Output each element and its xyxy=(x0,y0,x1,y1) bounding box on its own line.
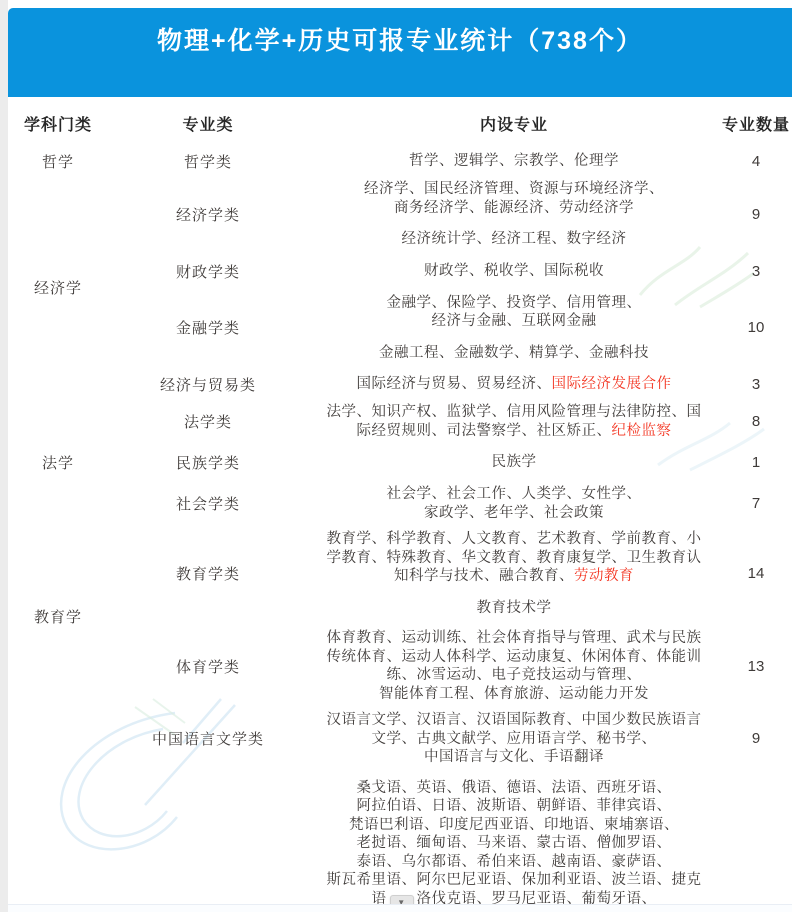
major-class-row: 经济与贸易类国际经济与贸易、贸易经济、国际经济发展合作3 xyxy=(108,370,792,399)
major-class-label: 经济与贸易类 xyxy=(108,374,308,395)
majors-list: 社会学、社会工作、人类学、女性学、家政学、老年学、社会政策 xyxy=(308,485,720,522)
major-class-label: 经济学类 xyxy=(108,180,308,249)
majors-line: 体育教育、运动训练、社会体育指导与管理、武术与民族 xyxy=(308,629,720,648)
table-body: 哲学哲学类哲学、逻辑学、宗教学、伦理学4经济学经济学类经济学、国民经济管理、资源… xyxy=(8,147,792,912)
subject-category-label: 哲学 xyxy=(8,147,108,176)
majors-line: 学教育、特殊教育、华文教育、教育康复学、卫生教育认 xyxy=(308,549,720,568)
major-count: 3 xyxy=(720,261,792,282)
majors-line: 经济学、国民经济管理、资源与环境经济学、 xyxy=(308,180,720,199)
subject-category-label xyxy=(8,707,108,912)
major-names-text: 际经贸规则、司法警察学、社区矫正、 xyxy=(357,423,612,439)
majors-list: 桑戈语、英语、俄语、德语、法语、西班牙语、阿拉伯语、日语、波斯语、朝鲜语、菲律宾… xyxy=(308,779,720,909)
major-count: 14 xyxy=(720,530,792,617)
major-class-label: 教育学类 xyxy=(108,530,308,617)
subject-group: 教育学教育学类教育学、科学教育、人文教育、艺术教育、学前教育、小学教育、特殊教育… xyxy=(8,526,792,707)
majors-list: 法学、知识产权、监狱学、信用风险管理与法律防控、国际经贸规则、司法警察学、社区矫… xyxy=(308,403,720,440)
majors-list: 经济学、国民经济管理、资源与环境经济学、商务经济学、能源经济、劳动经济学经济统计… xyxy=(308,180,720,249)
major-names-text: 法学、知识产权、监狱学、信用风险管理与法律防控、国 xyxy=(327,404,702,420)
major-class-row: 经济学类经济学、国民经济管理、资源与环境经济学、商务经济学、能源经济、劳动经济学… xyxy=(108,176,792,253)
major-names-text: 老挝语、缅甸语、马来语、蒙古语、僧伽罗语、 xyxy=(357,835,672,851)
majors-line: 中国语言与文化、手语翻译 xyxy=(308,748,720,767)
page-title: 物理+化学+历史可报专业统计（738个） xyxy=(8,8,792,57)
major-names-text: 家政学、老年学、社会政策 xyxy=(424,505,604,521)
subject-group: 中国语言文学类汉语言文学、汉语言、汉语国际教育、中国少数民族语言文学、古典文献学… xyxy=(8,707,792,912)
majors-line: 商务经济学、能源经济、劳动经济学 xyxy=(308,199,720,218)
major-count xyxy=(720,779,792,909)
majors-line: 斯瓦希里语、阿尔巴尼亚语、保加利亚语、波兰语、捷克 xyxy=(308,871,720,890)
bottom-panel-edge xyxy=(8,904,792,912)
majors-line: 汉语言文学、汉语言、汉语国际教育、中国少数民族语言 xyxy=(308,711,720,730)
major-names-text: 社会学、社会工作、人类学、女性学、 xyxy=(387,486,642,502)
majors-list: 金融学、保险学、投资学、信用管理、经济与金融、互联网金融金融工程、金融数学、精算… xyxy=(308,294,720,363)
major-count: 1 xyxy=(720,452,792,473)
major-class-row: 哲学类哲学、逻辑学、宗教学、伦理学4 xyxy=(108,147,792,176)
major-names-text: 体育教育、运动训练、社会体育指导与管理、武术与民族 xyxy=(327,630,702,646)
majors-line: 经济统计学、经济工程、数字经济 xyxy=(308,230,720,249)
major-names-text: 商务经济学、能源经济、劳动经济学 xyxy=(394,200,634,216)
major-names-text: 知科学与技术、融合教育、 xyxy=(394,568,574,584)
major-class-label: 社会学类 xyxy=(108,485,308,522)
major-class-row: 中国语言文学类汉语言文学、汉语言、汉语国际教育、中国少数民族语言文学、古典文献学… xyxy=(108,707,792,771)
subject-category-label: 法学 xyxy=(8,399,108,526)
major-names-text: 泰语、乌尔都语、希伯来语、越南语、豪萨语、 xyxy=(357,854,672,870)
major-names-text: 文学、古典文献学、应用语言学、秘书学、 xyxy=(372,731,657,747)
major-names-text: 哲学、逻辑学、宗教学、伦理学 xyxy=(409,153,619,169)
major-names-text: 中国语言与文化、手语翻译 xyxy=(424,749,604,765)
majors-line: 知科学与技术、融合教育、劳动教育 xyxy=(308,567,720,586)
majors-line: 教育学、科学教育、人文教育、艺术教育、学前教育、小 xyxy=(308,530,720,549)
majors-line: 梵语巴利语、印度尼西亚语、印地语、柬埔寨语、 xyxy=(308,816,720,835)
major-class-row: 体育学类体育教育、运动训练、社会体育指导与管理、武术与民族传统体育、运动人体科学… xyxy=(108,625,792,707)
major-class-label: 财政学类 xyxy=(108,261,308,282)
majors-line: 教育技术学 xyxy=(308,599,720,618)
majors-line: 文学、古典文献学、应用语言学、秘书学、 xyxy=(308,730,720,749)
line-spacer xyxy=(308,586,720,599)
major-count: 4 xyxy=(720,151,792,172)
major-class-label: 中国语言文学类 xyxy=(108,711,308,767)
major-names-text: 金融工程、金融数学、精算学、金融科技 xyxy=(379,345,649,361)
majors-line: 社会学、社会工作、人类学、女性学、 xyxy=(308,485,720,504)
major-class-row: 社会学类社会学、社会工作、人类学、女性学、家政学、老年学、社会政策7 xyxy=(108,481,792,526)
major-names-text: 传统体育、运动人体科学、运动康复、休闲体育、体能训 xyxy=(327,649,702,665)
majors-line: 阿拉伯语、日语、波斯语、朝鲜语、菲律宾语、 xyxy=(308,797,720,816)
major-count: 13 xyxy=(720,629,792,703)
subject-category-label: 教育学 xyxy=(8,526,108,707)
subject-group: 哲学哲学类哲学、逻辑学、宗教学、伦理学4 xyxy=(8,147,792,176)
majors-line: 哲学、逻辑学、宗教学、伦理学 xyxy=(308,152,720,171)
major-names-text: 阿拉伯语、日语、波斯语、朝鲜语、菲律宾语、 xyxy=(357,798,672,814)
majors-line: 国际经济与贸易、贸易经济、国际经济发展合作 xyxy=(308,375,720,394)
major-class-label: 金融学类 xyxy=(108,294,308,363)
page: 物理+化学+历史可报专业统计（738个） 学科门类 专业类 内设专业 专业数量 … xyxy=(0,0,792,912)
major-class-row: 民族学类民族学1 xyxy=(108,448,792,477)
major-names-text: 教育技术学 xyxy=(477,600,552,616)
major-names-text: 金融学、保险学、投资学、信用管理、 xyxy=(387,295,642,311)
major-names-text: 经济与金融、互联网金融 xyxy=(432,313,597,329)
majors-line: 金融学、保险学、投资学、信用管理、 xyxy=(308,294,720,313)
major-class-row: 财政学类财政学、税收学、国际税收3 xyxy=(108,257,792,286)
majors-line: 法学、知识产权、监狱学、信用风险管理与法律防控、国 xyxy=(308,403,720,422)
major-names-text: 教育学、科学教育、人文教育、艺术教育、学前教育、小 xyxy=(327,531,702,547)
major-class-label: 体育学类 xyxy=(108,629,308,703)
major-names-text: 经济统计学、经济工程、数字经济 xyxy=(402,231,627,247)
major-count: 8 xyxy=(720,403,792,440)
major-names-text: 练、冰雪运动、电子竞技运动与管理、 xyxy=(387,667,642,683)
majors-list: 民族学 xyxy=(308,452,720,473)
majors-line: 传统体育、运动人体科学、运动康复、休闲体育、体能训 xyxy=(308,648,720,667)
header-majors: 内设专业 xyxy=(308,112,720,135)
majors-line: 际经贸规则、司法警察学、社区矫正、纪检监察 xyxy=(308,422,720,441)
major-count: 9 xyxy=(720,711,792,767)
majors-list: 哲学、逻辑学、宗教学、伦理学 xyxy=(308,151,720,172)
majors-list: 体育教育、运动训练、社会体育指导与管理、武术与民族传统体育、运动人体科学、运动康… xyxy=(308,629,720,703)
majors-line: 老挝语、缅甸语、马来语、蒙古语、僧伽罗语、 xyxy=(308,834,720,853)
majors-line: 民族学 xyxy=(308,453,720,472)
highlighted-major-text: 劳动教育 xyxy=(574,568,634,584)
majors-list: 教育学、科学教育、人文教育、艺术教育、学前教育、小学教育、特殊教育、华文教育、教… xyxy=(308,530,720,617)
subject-group: 法学法学类法学、知识产权、监狱学、信用风险管理与法律防控、国际经贸规则、司法警察… xyxy=(8,399,792,526)
majors-line: 桑戈语、英语、俄语、德语、法语、西班牙语、 xyxy=(308,779,720,798)
table-header-row: 学科门类 专业类 内设专业 专业数量 xyxy=(8,97,792,147)
major-class-label: 法学类 xyxy=(108,403,308,440)
major-class-row: 金融学类金融学、保险学、投资学、信用管理、经济与金融、互联网金融金融工程、金融数… xyxy=(108,290,792,367)
major-names-text: 经济学、国民经济管理、资源与环境经济学、 xyxy=(364,181,664,197)
major-names-text: 桑戈语、英语、俄语、德语、法语、西班牙语、 xyxy=(357,780,672,796)
line-spacer xyxy=(308,331,720,344)
subject-group: 经济学经济学类经济学、国民经济管理、资源与环境经济学、商务经济学、能源经济、劳动… xyxy=(8,176,792,399)
page-left-margin xyxy=(0,0,8,912)
major-class-label xyxy=(108,779,308,909)
major-names-text: 国际经济与贸易、贸易经济、 xyxy=(357,376,552,392)
major-class-row: 法学类法学、知识产权、监狱学、信用风险管理与法律防控、国际经贸规则、司法警察学、… xyxy=(108,399,792,444)
major-names-text: 智能体育工程、体育旅游、运动能力开发 xyxy=(379,686,649,702)
majors-line: 泰语、乌尔都语、希伯来语、越南语、豪萨语、 xyxy=(308,853,720,872)
major-count: 7 xyxy=(720,485,792,522)
majors-line: 练、冰雪运动、电子竞技运动与管理、 xyxy=(308,666,720,685)
major-count: 3 xyxy=(720,374,792,395)
majors-table: 学科门类 专业类 内设专业 专业数量 哲学哲学类哲学、逻辑学、宗教学、伦理学4经… xyxy=(8,97,792,912)
major-class-row: 桑戈语、英语、俄语、德语、法语、西班牙语、阿拉伯语、日语、波斯语、朝鲜语、菲律宾… xyxy=(108,775,792,912)
majors-line: 智能体育工程、体育旅游、运动能力开发 xyxy=(308,685,720,704)
major-names-text: 梵语巴利语、印度尼西亚语、印地语、柬埔寨语、 xyxy=(349,817,679,833)
majors-line: 金融工程、金融数学、精算学、金融科技 xyxy=(308,344,720,363)
majors-line: 家政学、老年学、社会政策 xyxy=(308,504,720,523)
major-names-text: 民族学 xyxy=(492,454,537,470)
major-names-text: 学教育、特殊教育、华文教育、教育康复学、卫生教育认 xyxy=(327,550,702,566)
majors-list: 财政学、税收学、国际税收 xyxy=(308,261,720,282)
title-banner: 物理+化学+历史可报专业统计（738个） xyxy=(8,8,792,97)
major-class-label: 哲学类 xyxy=(108,151,308,172)
major-class-row: 教育学类教育学、科学教育、人文教育、艺术教育、学前教育、小学教育、特殊教育、华文… xyxy=(108,526,792,621)
header-major-class: 专业类 xyxy=(108,112,308,135)
highlighted-major-text: 纪检监察 xyxy=(612,423,672,439)
subject-category-label: 经济学 xyxy=(8,176,108,399)
major-names-text: 斯瓦希里语、阿尔巴尼亚语、保加利亚语、波兰语、捷克 xyxy=(327,872,702,888)
majors-list: 汉语言文学、汉语言、汉语国际教育、中国少数民族语言文学、古典文献学、应用语言学、… xyxy=(308,711,720,767)
highlighted-major-text: 国际经济发展合作 xyxy=(552,376,672,392)
header-count: 专业数量 xyxy=(720,112,792,135)
majors-line: 财政学、税收学、国际税收 xyxy=(308,262,720,281)
header-category: 学科门类 xyxy=(8,112,108,135)
major-count: 9 xyxy=(720,180,792,249)
line-spacer xyxy=(308,217,720,230)
major-class-label: 民族学类 xyxy=(108,452,308,473)
major-count: 10 xyxy=(720,294,792,363)
majors-line: 经济与金融、互联网金融 xyxy=(308,312,720,331)
majors-list: 国际经济与贸易、贸易经济、国际经济发展合作 xyxy=(308,374,720,395)
major-names-text: 汉语言文学、汉语言、汉语国际教育、中国少数民族语言 xyxy=(327,712,702,728)
major-names-text: 财政学、税收学、国际税收 xyxy=(424,263,604,279)
